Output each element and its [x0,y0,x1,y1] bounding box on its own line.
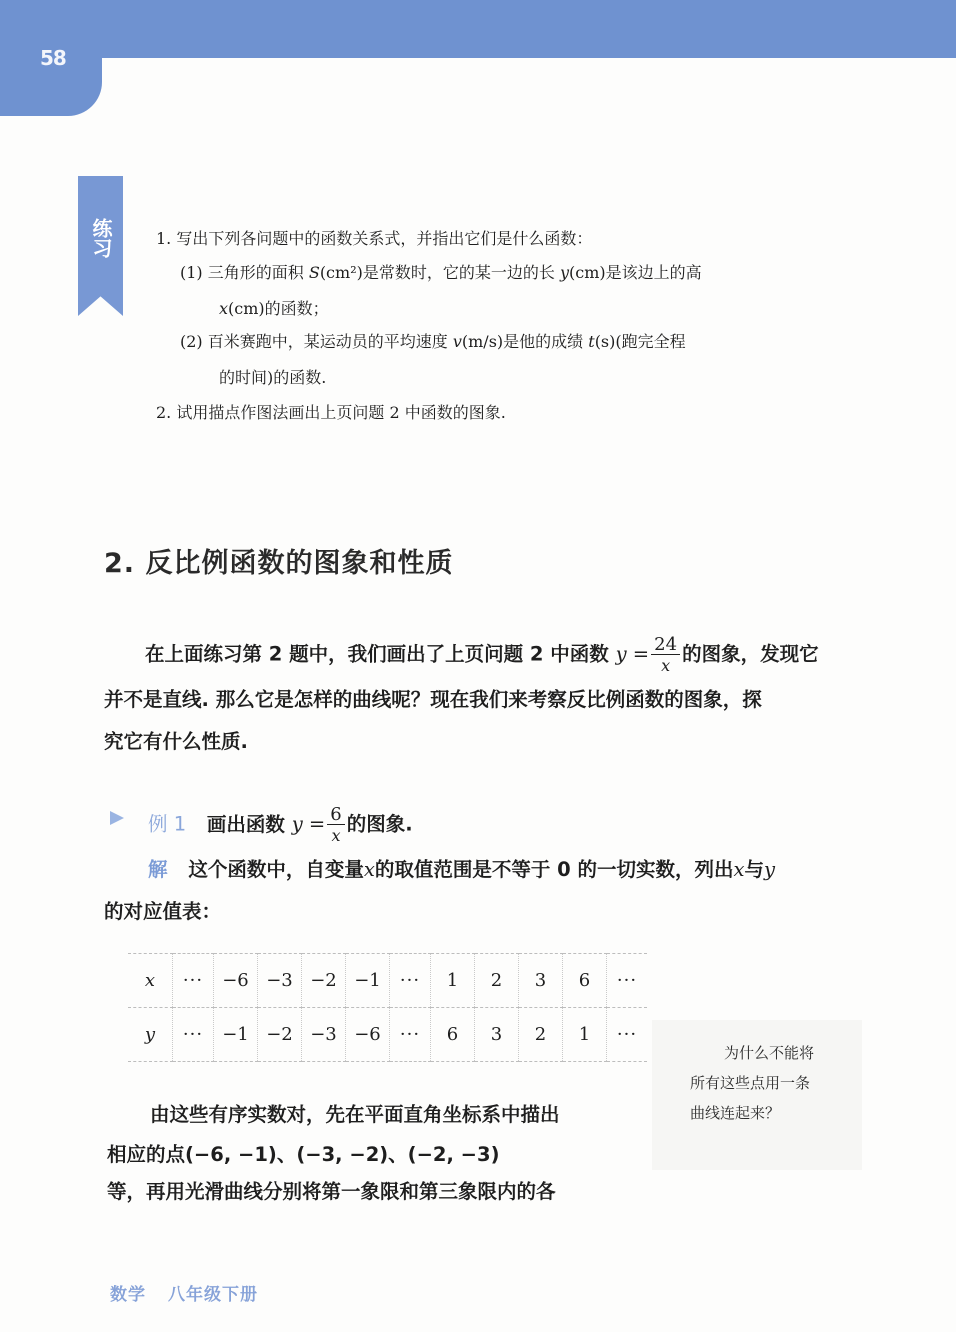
solution-text: 的取值范围是不等于 0 的一切实数，列出 [375,858,734,881]
solution-text: 这个函数中，自变量 [188,858,364,881]
exercise-text: (cm²)是常数时，它的某一边的长 [320,263,560,282]
exercise-2: 2. 试用描点作图法画出上页问题 2 中函数的图象. [156,403,506,423]
practice-ribbon-label: 练习 [78,208,123,268]
exercise-text: (1) 三角形的面积 [180,263,309,282]
exercise-1: 1. 写出下列各问题中的函数关系式，并指出它们是什么函数： [156,229,592,249]
table-cell: 2 [475,954,519,1008]
row-label: x [128,954,173,1008]
table-cell: 1 [431,954,475,1008]
fraction-denominator: x [651,655,680,674]
table-cell: ··· [390,1008,431,1062]
footer: 数学八年级下册 [110,1280,258,1305]
exercise-1-part-1-cont: x(cm)的函数； [219,299,329,319]
intro-line-1: 在上面练习第 2 题中，我们画出了上页问题 2 中函数 y =24x的图象，发现… [145,636,819,674]
table-cell: 3 [475,1008,519,1062]
exercise-text: (s)(跑完全程 [595,332,686,351]
table-cell: ··· [173,954,214,1008]
table-cell: 6 [563,954,607,1008]
exercise-1-part-2-cont: 的时间)的函数. [219,368,326,388]
solution-tag: 解 [148,858,168,881]
fraction-denominator: x [327,825,344,844]
table-cell: −1 [214,1008,258,1062]
exercise-text: (m/s)是他的成绩 [462,332,588,351]
table-cell: 2 [519,1008,563,1062]
table-cell: −3 [258,954,302,1008]
math-var: v [453,332,462,351]
fraction-24-over-x: 24x [651,636,680,674]
exercise-1-part-2: (2) 百米赛跑中，某运动员的平均速度 v(m/s)是他的成绩 t(s)(跑完全… [180,332,686,352]
example-text: 的图象. [347,813,413,836]
intro-line-3: 究它有什么性质. [104,730,248,754]
row-label: y [128,1008,173,1062]
example-tag: 例 1 [148,813,186,836]
equation-lhs: y = [292,813,326,836]
table-cell: −6 [346,1008,390,1062]
plotting-line-1: 由这些有序实数对，先在平面直角坐标系中描出 [150,1103,560,1127]
solution-text: 与 [744,858,764,881]
table-cell: ··· [607,1008,648,1062]
intro-line-2: 并不是直线. 那么它是怎样的曲线呢？现在我们来考察反比例函数的图象，探 [104,688,762,712]
side-note: 为什么不能将 所有这些点用一条 曲线连起来？ [652,1020,862,1170]
fraction-numerator: 6 [327,806,344,825]
fraction-numerator: 24 [651,636,680,655]
section-title: 2. 反比例函数的图象和性质 [104,541,453,580]
footer-grade: 八年级下册 [168,1285,258,1305]
table-cell: −3 [302,1008,346,1062]
example-1: 例 1 画出函数 y =6x的图象. [148,806,413,844]
plotting-line-2: 相应的点(−6, −1)、(−3, −2)、(−2, −3) [107,1143,500,1167]
table-cell: ··· [173,1008,214,1062]
solution-line-1: 解 这个函数中，自变量x的取值范围是不等于 0 的一切实数，列出x与y [148,858,775,882]
header-band [0,0,956,58]
math-var: x [219,299,228,318]
fraction-6-over-x: 6x [327,806,344,844]
math-var: S [309,263,320,282]
table-cell: 3 [519,954,563,1008]
table-cell: −2 [258,1008,302,1062]
practice-ribbon: 练习 [78,176,123,316]
table-cell: 6 [431,1008,475,1062]
math-var: x [364,858,375,881]
table-cell: ··· [607,954,648,1008]
math-var: x [733,858,744,881]
footer-subject: 数学 [110,1285,146,1305]
table-cell: ··· [390,954,431,1008]
table-cell: −1 [346,954,390,1008]
example-text: 画出函数 [207,813,285,836]
exercise-1-part-1: (1) 三角形的面积 S(cm²)是常数时，它的某一边的长 y(cm)是该边上的… [180,263,702,283]
equation-lhs: y = [616,643,650,666]
page-number: 58 [40,46,66,70]
intro-text: 的图象，发现它 [682,643,819,666]
side-note-line: 为什么不能将 [724,1042,814,1063]
exercise-text: (2) 百米赛跑中，某运动员的平均速度 [180,332,453,351]
table-cell: −2 [302,954,346,1008]
solution-line-2: 的对应值表： [104,900,221,924]
math-var: y [560,263,569,282]
example-arrow-icon [110,811,124,825]
exercise-text: (cm)是该边上的高 [569,263,702,282]
intro-text: 在上面练习第 2 题中，我们画出了上页问题 2 中函数 [145,643,609,666]
table-cell: 1 [563,1008,607,1062]
plotting-line-3: 等，再用光滑曲线分别将第一象限和第三象限内的各 [107,1180,556,1204]
side-note-line: 曲线连起来？ [690,1102,780,1123]
table-row-y: y ··· −1 −2 −3 −6 ··· 6 3 2 1 ··· [128,1008,647,1062]
table-row-x: x ··· −6 −3 −2 −1 ··· 1 2 3 6 ··· [128,954,647,1008]
table-cell: −6 [214,954,258,1008]
value-table: x ··· −6 −3 −2 −1 ··· 1 2 3 6 ··· y ··· … [128,953,647,1062]
side-note-line: 所有这些点用一条 [690,1072,810,1093]
exercise-text: (cm)的函数； [228,299,329,318]
math-var: y [764,858,775,881]
